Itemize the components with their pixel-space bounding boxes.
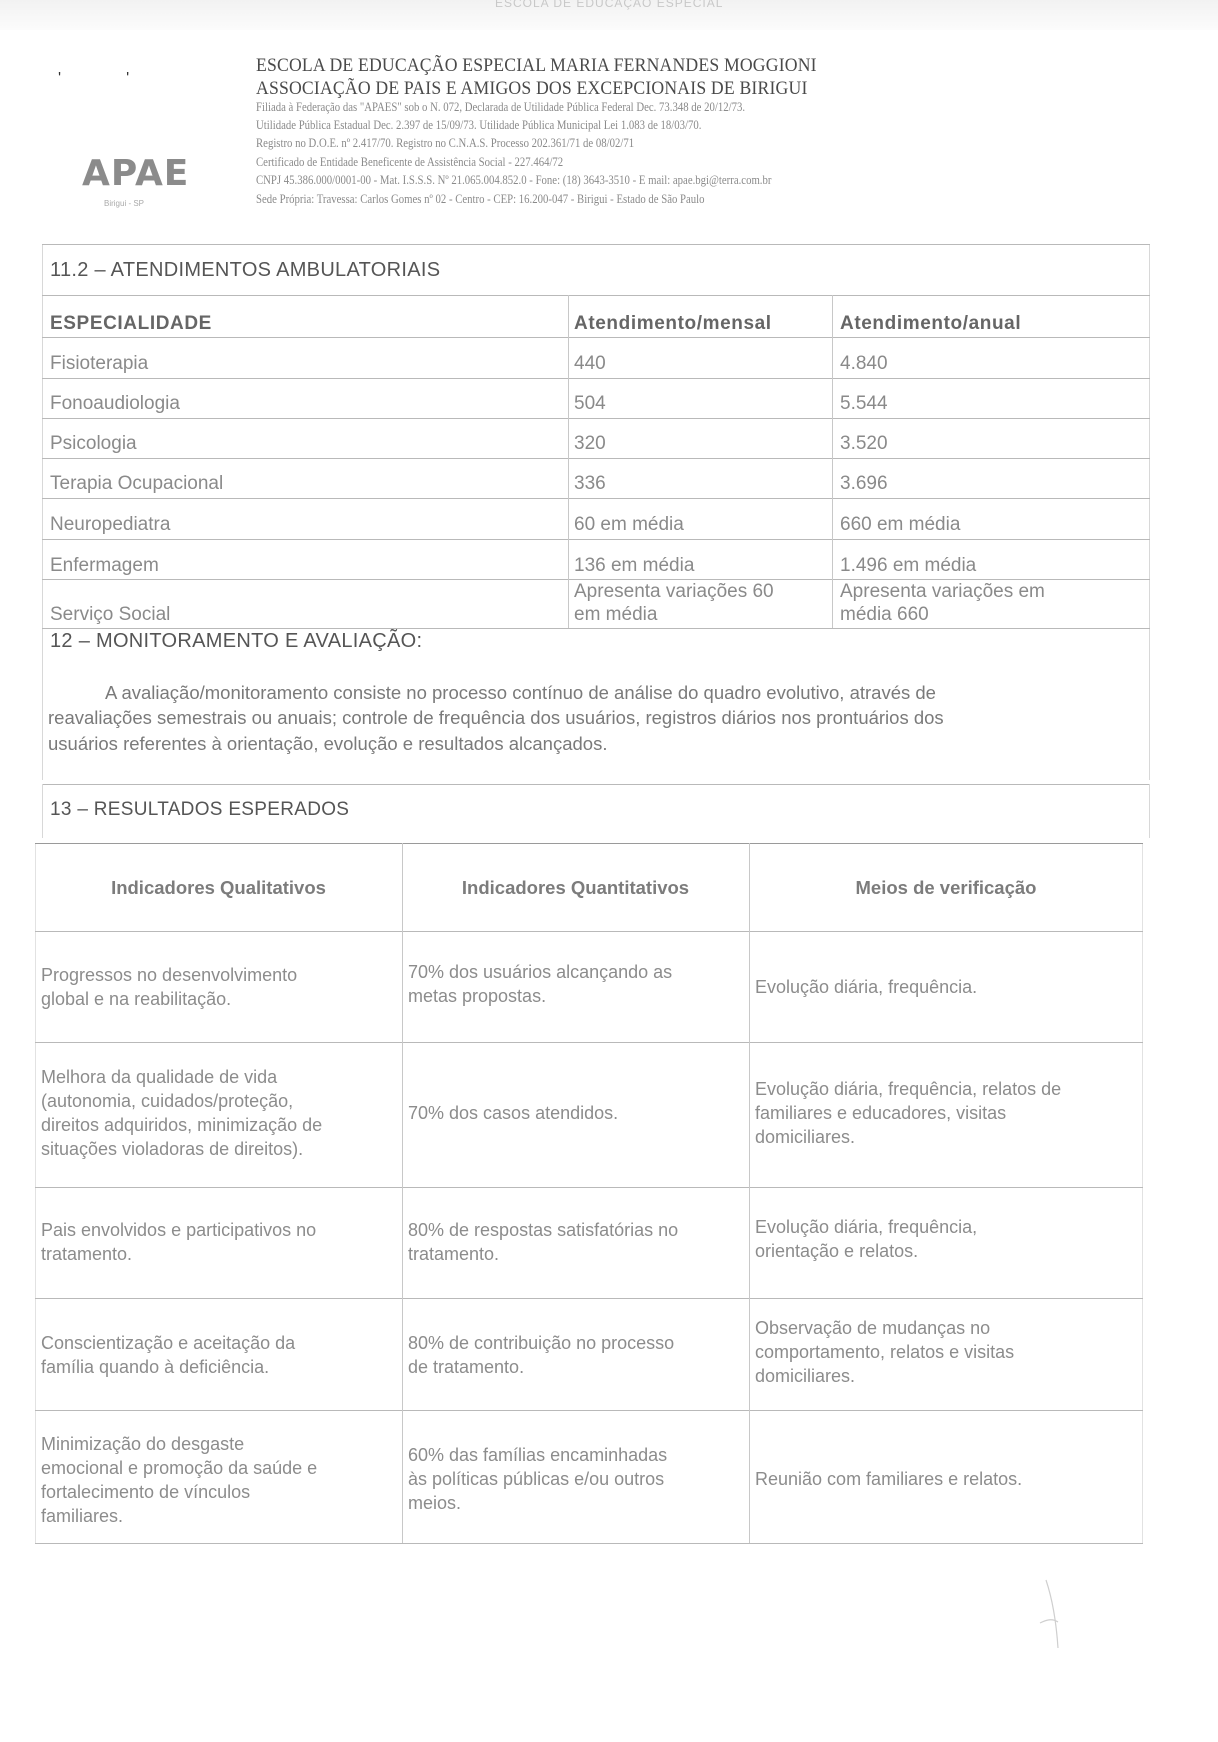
cell-quantitativo: 70% dos casos atendidos. xyxy=(408,1101,618,1125)
divider xyxy=(42,628,1150,629)
cell-line: Observação de mudanças no xyxy=(755,1316,1014,1340)
cell-especialidade: Terapia Ocupacional xyxy=(50,473,223,495)
cell-line: 70% dos usuários alcançando as xyxy=(408,960,672,984)
cell-qualitativo: Melhora da qualidade de vida (autonomia,… xyxy=(41,1065,322,1161)
cell-quantitativo: 80% de respostas satisfatórias no tratam… xyxy=(408,1218,678,1266)
letterhead-info-line: CNPJ 45.386.000/0001-00 - Mat. I.S.S.S. … xyxy=(256,173,771,188)
cell-line: Progressos no desenvolvimento xyxy=(41,963,297,987)
letterhead-info-line: Filiada à Federação das "APAES" sob o N.… xyxy=(256,100,745,115)
cell-qualitativo: Progressos no desenvolvimento global e n… xyxy=(41,963,297,1011)
cell-verificacao: Evolução diária, frequência, orientação … xyxy=(755,1215,977,1263)
cell-line: 70% dos casos atendidos. xyxy=(408,1101,618,1125)
cell-line: Reunião com familiares e relatos. xyxy=(755,1467,1022,1491)
divider xyxy=(35,1543,1143,1544)
cell-quantitativo: 70% dos usuários alcançando as metas pro… xyxy=(408,960,672,1008)
column-header-anual: Atendimento/anual xyxy=(840,313,1021,335)
divider xyxy=(42,378,1150,379)
cell-line: direitos adquiridos, minimização de xyxy=(41,1113,322,1137)
cell-mensal: 504 xyxy=(574,393,606,415)
divider xyxy=(42,579,1150,580)
apae-logo: APAE xyxy=(82,153,189,194)
column-divider xyxy=(402,843,403,1543)
cell-quantitativo: 60% das famílias encaminhadas às polític… xyxy=(408,1443,667,1515)
paragraph-line: usuários referentes à orientação, evoluç… xyxy=(48,731,607,756)
letterhead-info-line: Sede Própria: Travessa: Carlos Gomes nº … xyxy=(256,192,705,207)
cell-line: meios. xyxy=(408,1491,667,1515)
cell-especialidade: Fisioterapia xyxy=(50,353,148,375)
cell-mensal: 336 xyxy=(574,473,606,495)
cell-line: metas propostas. xyxy=(408,984,672,1008)
cell-mensal: 320 xyxy=(574,433,606,455)
section-title: 12 – MONITORAMENTO E AVALIAÇÃO: xyxy=(50,630,422,653)
cell-line: situações violadoras de direitos). xyxy=(41,1137,322,1161)
paragraph-line: A avaliação/monitoramento consiste no pr… xyxy=(105,680,936,705)
cell-anual: 3.696 xyxy=(840,473,888,495)
cell-line: (autonomia, cuidados/proteção, xyxy=(41,1089,322,1113)
signature-mark xyxy=(1032,1578,1072,1658)
cell-line: fortalecimento de vínculos xyxy=(41,1480,317,1504)
cell-line: Melhora da qualidade de vida xyxy=(41,1065,322,1089)
cell-line: comportamento, relatos e visitas xyxy=(755,1340,1014,1364)
cell-line: Pais envolvidos e participativos no xyxy=(41,1218,316,1242)
letterhead-info-line: Utilidade Pública Estadual Dec. 2.397 de… xyxy=(256,118,701,133)
column-header-quantitativos: Indicadores Quantitativos xyxy=(402,877,749,899)
column-divider xyxy=(749,843,750,1543)
cell-line: às políticas públicas e/ou outros xyxy=(408,1467,667,1491)
cell-anual: 660 em média xyxy=(840,514,960,536)
association-name: ASSOCIAÇÃO DE PAIS E AMIGOS DOS EXCEPCIO… xyxy=(256,78,808,100)
cell-line: de tratamento. xyxy=(408,1355,674,1379)
cell-verificacao: Evolução diária, frequência, relatos de … xyxy=(755,1077,1061,1149)
cell-line: domiciliares. xyxy=(755,1125,1061,1149)
cell-anual: Apresenta variações em xyxy=(840,581,1045,603)
cell-line: familiares e educadores, visitas xyxy=(755,1101,1061,1125)
divider xyxy=(42,539,1150,540)
cell-qualitativo: Pais envolvidos e participativos no trat… xyxy=(41,1218,316,1266)
cell-line: tratamento. xyxy=(408,1242,678,1266)
cell-line: família quando à deficiência. xyxy=(41,1355,295,1379)
cell-line: Evolução diária, frequência. xyxy=(755,975,977,999)
cell-line: 80% de respostas satisfatórias no xyxy=(408,1218,678,1242)
cell-verificacao: Evolução diária, frequência. xyxy=(755,975,977,999)
column-header-verificacao: Meios de verificação xyxy=(749,877,1143,899)
cell-line: 60% das famílias encaminhadas xyxy=(408,1443,667,1467)
divider xyxy=(35,931,1143,932)
divider xyxy=(35,843,1143,844)
divider xyxy=(42,498,1150,499)
section-title: 13 – RESULTADOS ESPERADOS xyxy=(50,799,349,821)
cell-line: 80% de contribuição no processo xyxy=(408,1331,674,1355)
cell-especialidade: Psicologia xyxy=(50,433,137,455)
cell-especialidade: Fonoaudiologia xyxy=(50,393,180,415)
cell-especialidade: Neuropediatra xyxy=(50,514,170,536)
cell-mensal: Apresenta variações 60 xyxy=(574,581,774,603)
cell-qualitativo: Minimização do desgaste emocional e prom… xyxy=(41,1432,317,1528)
logo-subtext: Birigui - SP xyxy=(104,199,144,208)
cell-line: emocional e promoção da saúde e xyxy=(41,1456,317,1480)
letterhead-info-line: Certificado de Entidade Beneficente de A… xyxy=(256,155,563,170)
cell-anual: 5.544 xyxy=(840,393,888,415)
cell-line: Evolução diária, frequência, relatos de xyxy=(755,1077,1061,1101)
cell-quantitativo: 80% de contribuição no processo de trata… xyxy=(408,1331,674,1379)
cell-anual: 4.840 xyxy=(840,353,888,375)
cell-line: domiciliares. xyxy=(755,1364,1014,1388)
cell-line: Minimização do desgaste xyxy=(41,1432,317,1456)
paragraph-line: reavaliações semestrais ou anuais; contr… xyxy=(48,705,944,730)
cell-especialidade: Enfermagem xyxy=(50,555,159,577)
divider xyxy=(42,458,1150,459)
letterhead-info-line: Registro no D.O.E. nº 2.417/70. Registro… xyxy=(256,136,634,151)
cell-line: orientação e relatos. xyxy=(755,1239,977,1263)
column-header-especialidade: ESPECIALIDADE xyxy=(50,313,212,335)
cell-mensal: 60 em média xyxy=(574,514,684,536)
divider xyxy=(35,1298,1143,1299)
school-name: ESCOLA DE EDUCAÇÃO ESPECIAL MARIA FERNAN… xyxy=(256,55,817,77)
section-title: 11.2 – ATENDIMENTOS AMBULATORIAIS xyxy=(50,259,440,282)
column-header-qualitativos: Indicadores Qualitativos xyxy=(35,877,402,899)
divider xyxy=(42,337,1150,338)
cell-mensal: 136 em média xyxy=(574,555,694,577)
divider xyxy=(35,1042,1143,1043)
divider xyxy=(35,1187,1143,1188)
column-header-mensal: Atendimento/mensal xyxy=(574,313,772,335)
scan-top-margin: ESCOLA DE EDUCAÇÃO ESPECIAL xyxy=(0,0,1218,30)
cell-verificacao: Observação de mudanças no comportamento,… xyxy=(755,1316,1014,1388)
cell-line: global e na reabilitação. xyxy=(41,987,297,1011)
divider xyxy=(35,1410,1143,1411)
cell-line: Evolução diária, frequência, xyxy=(755,1215,977,1239)
column-divider xyxy=(568,295,569,628)
cell-mensal: em média xyxy=(574,604,657,626)
divider xyxy=(42,295,1150,296)
scan-bleed-text: ESCOLA DE EDUCAÇÃO ESPECIAL xyxy=(495,0,723,10)
column-divider xyxy=(832,295,833,628)
cell-line: tratamento. xyxy=(41,1242,316,1266)
cell-line: familiares. xyxy=(41,1504,317,1528)
divider xyxy=(42,244,1150,245)
cell-verificacao: Reunião com familiares e relatos. xyxy=(755,1467,1022,1491)
cell-line: Conscientização e aceitação da xyxy=(41,1331,295,1355)
logo-mark: ' xyxy=(126,70,129,87)
cell-mensal: 440 xyxy=(574,353,606,375)
logo-mark: ' xyxy=(58,70,61,87)
cell-anual: média 660 xyxy=(840,604,929,626)
cell-anual: 3.520 xyxy=(840,433,888,455)
divider xyxy=(42,418,1150,419)
cell-anual: 1.496 em média xyxy=(840,555,976,577)
cell-qualitativo: Conscientização e aceitação da família q… xyxy=(41,1331,295,1379)
cell-especialidade: Serviço Social xyxy=(50,604,170,626)
logo-marks: '' xyxy=(58,70,194,88)
